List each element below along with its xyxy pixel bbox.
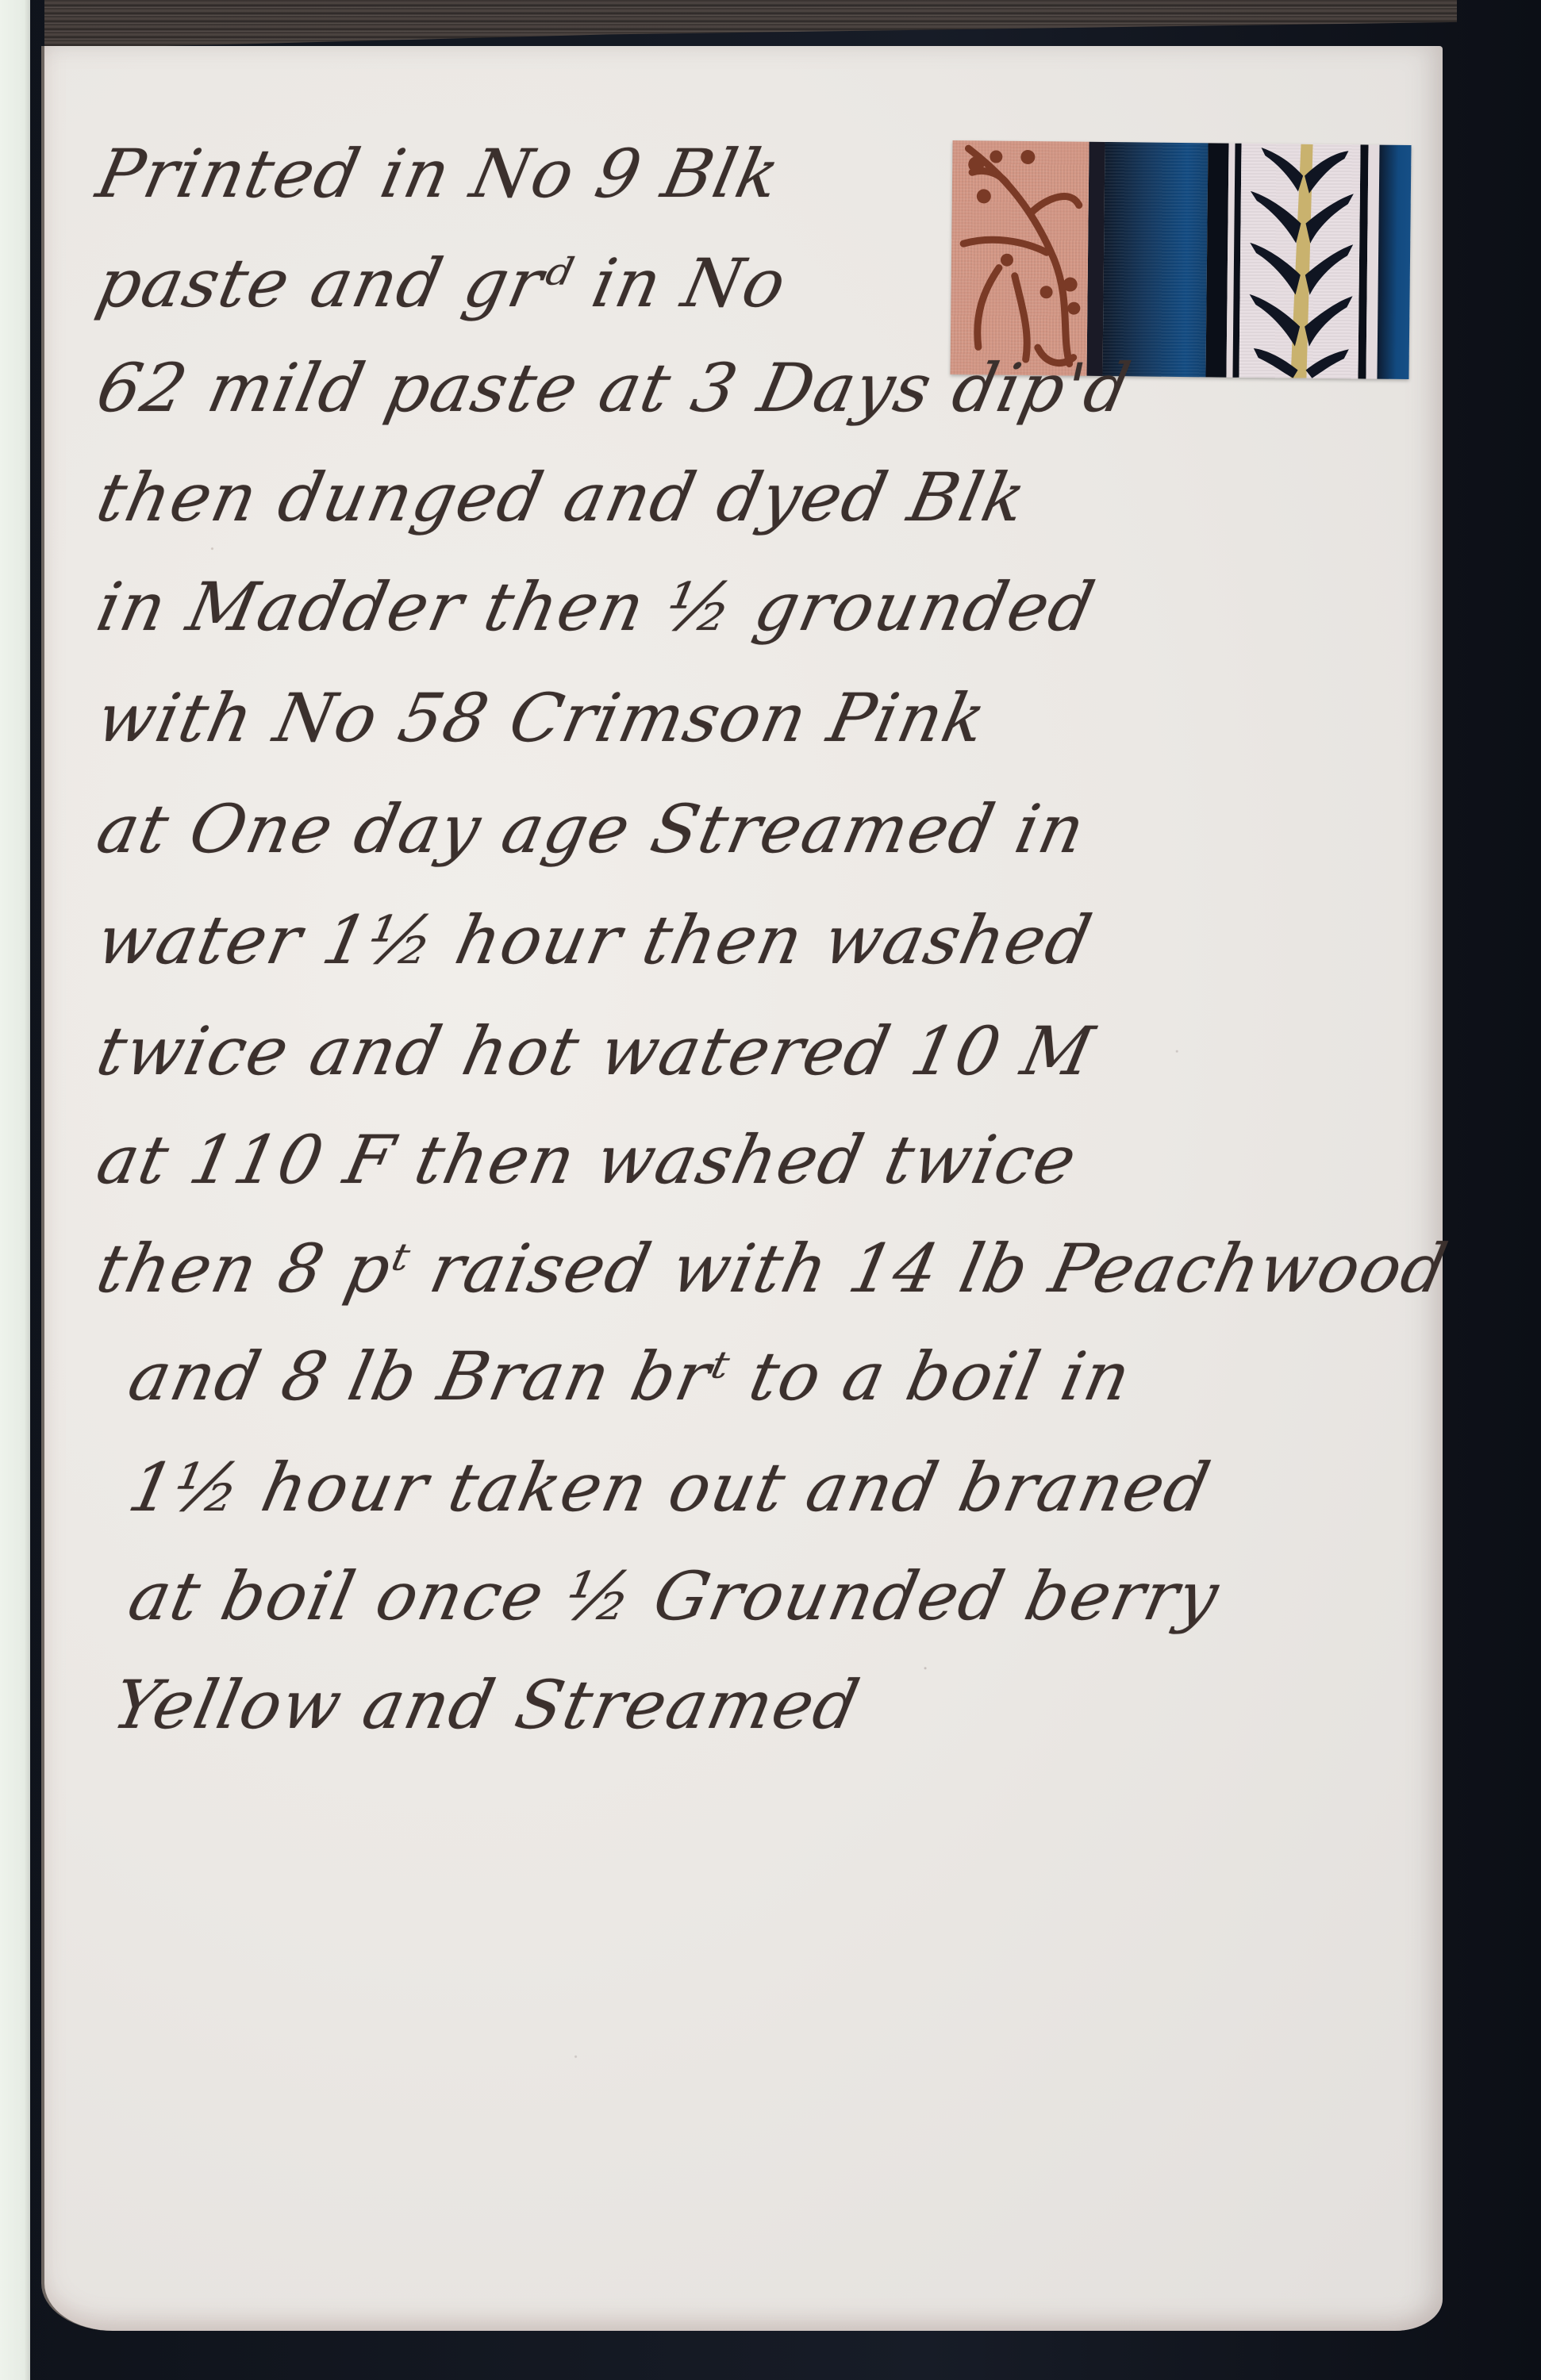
recipe-line-15: Yellow and Streamed <box>106 1666 867 1744</box>
recipe-line-1: Printed in No 9 Blk <box>90 135 787 213</box>
recipe-line-5: in Madder then ½ grounded <box>90 568 1102 646</box>
recipe-line-14: at boil once ½ Grounded berry <box>122 1557 1227 1635</box>
recipe-line-11: then 8 pᵗ raised with 14 lb Peachwood <box>90 1230 1455 1307</box>
recipe-line-10: at 110 F then washed twice <box>90 1121 1084 1199</box>
recipe-line-6: with No 58 Crimson Pink <box>90 679 993 757</box>
recipe-line-4: then dunged and dyed Blk <box>90 459 1034 536</box>
recipe-line-13: 1½ hour taken out and braned <box>122 1449 1218 1526</box>
recipe-line-8: water 1½ hour then washed <box>90 901 1099 979</box>
recipe-line-7: at One day age Streamed in <box>90 790 1093 868</box>
recipe-line-2: paste and grᵈ in No <box>90 244 794 322</box>
adjacent-page-strip <box>0 0 30 2380</box>
manuscript-page: Printed in No 9 Blk paste and grᵈ in No … <box>41 46 1443 2331</box>
recipe-line-3: 62 mild paste at 3 Days dip'd <box>90 349 1138 427</box>
recipe-line-9: twice and hot watered 10 M <box>90 1012 1101 1090</box>
stacked-page-edges <box>44 0 1457 49</box>
photo-scene: Printed in No 9 Blk paste and grᵈ in No … <box>0 0 1541 2380</box>
handwritten-recipe: Printed in No 9 Blk paste and grᵈ in No … <box>44 46 1443 2331</box>
recipe-line-12: and 8 lb Bran brᵗ to a boil in <box>122 1338 1139 1415</box>
